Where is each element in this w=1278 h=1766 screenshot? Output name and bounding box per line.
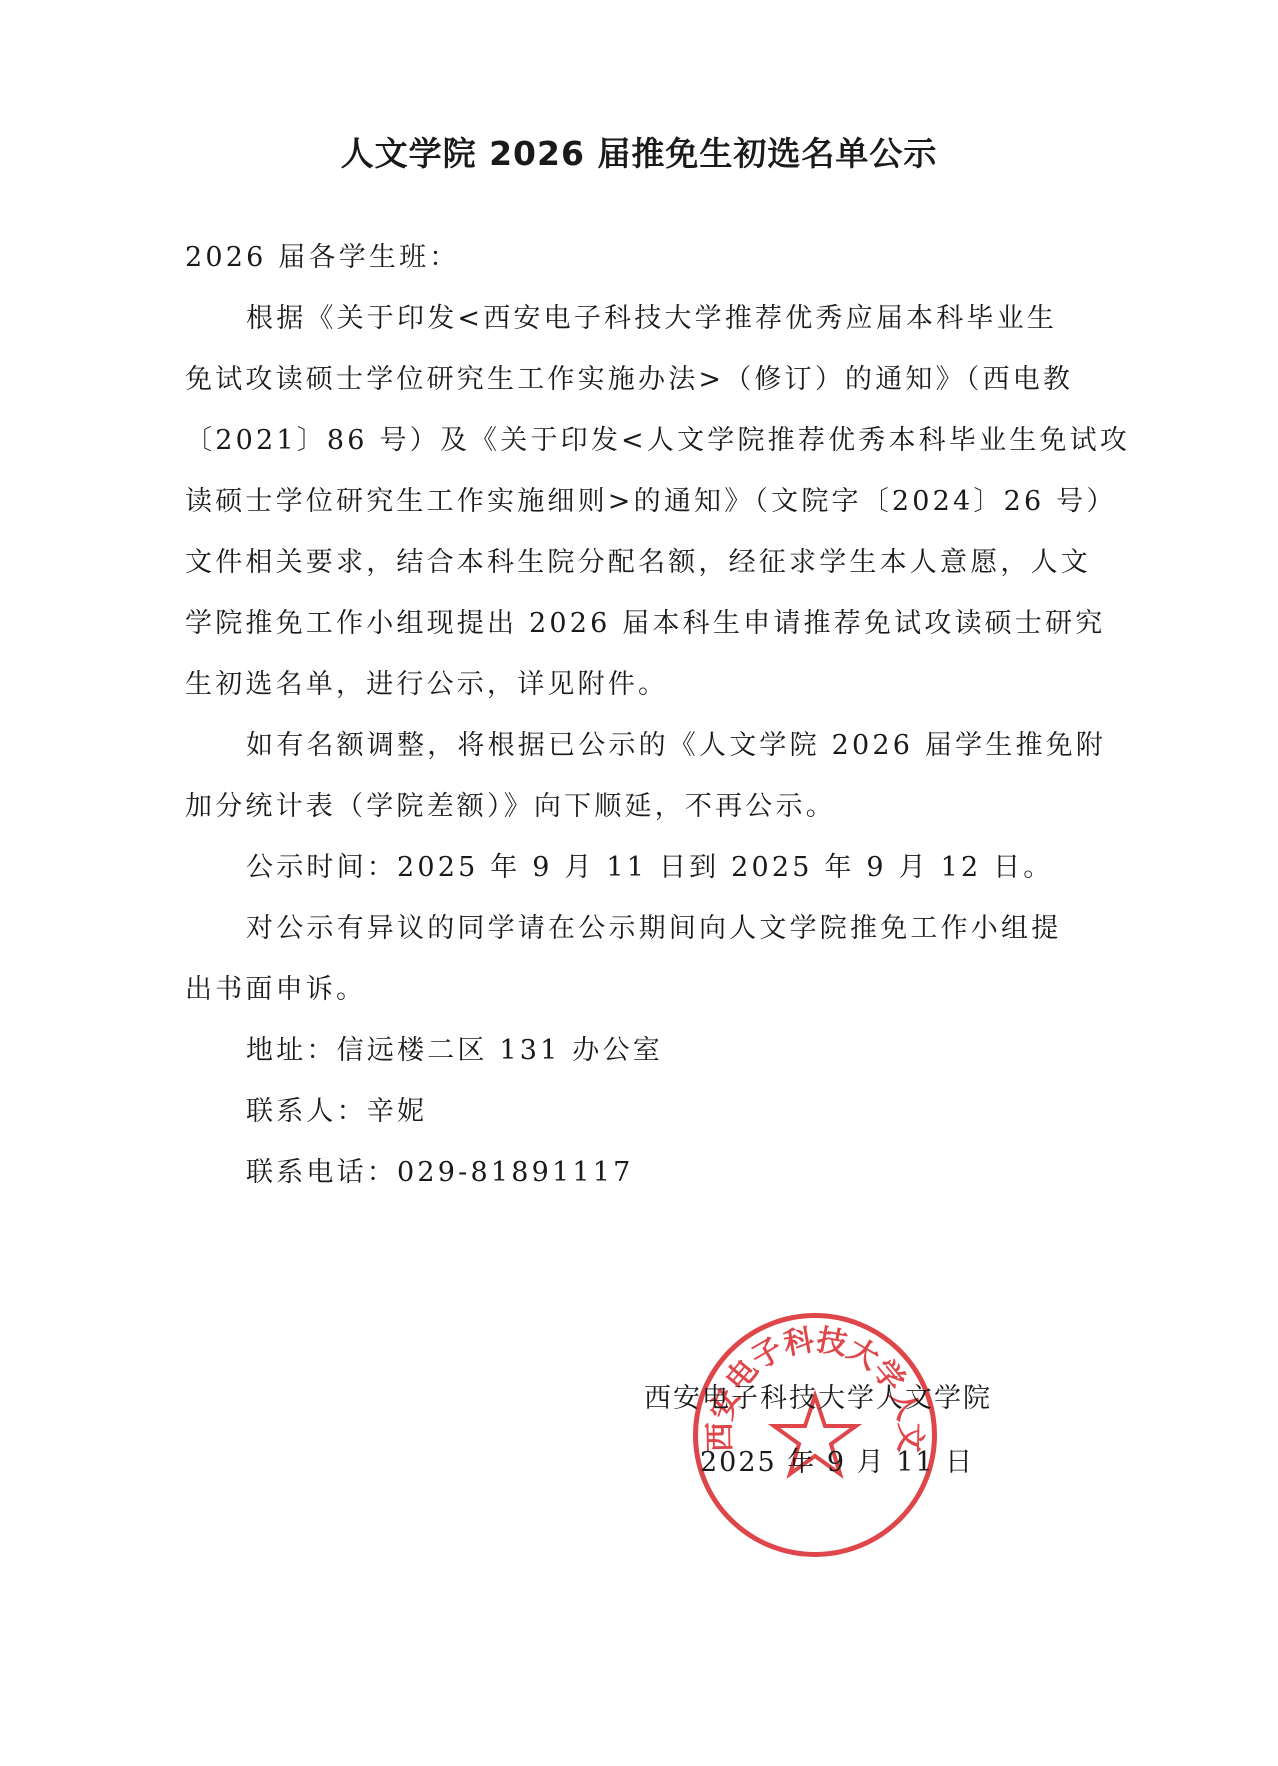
official-seal-stamp: 西安电子科技大学人文学院	[693, 1313, 937, 1557]
objection-line: 对公示有异议的同学请在公示期间向人文学院推免工作小组提	[246, 911, 1061, 947]
seal-star-icon: 西安电子科技大学人文学院	[698, 1318, 932, 1552]
paragraph1-line: 根据《关于印发<西安电子科技大学推荐优秀应届本科毕业生	[246, 301, 1057, 337]
objection-line: 出书面申诉。	[185, 972, 366, 1008]
paragraph1-line: 〔2021〕86 号）及《关于印发<人文学院推荐优秀本科毕业生免试攻	[185, 423, 1130, 459]
contact-phone: 联系电话：029-81891117	[246, 1155, 633, 1191]
paragraph1-line: 读硕士学位研究生工作实施细则>的通知》（文院字〔2024〕26 号）	[185, 484, 1117, 520]
paragraph1-line: 免试攻读硕士学位研究生工作实施办法>（修订）的通知》（西电教	[185, 362, 1073, 398]
signature-org: 西安电子科技大学人文学院	[644, 1376, 992, 1415]
publicity-period: 公示时间：2025 年 9 月 11 日到 2025 年 9 月 12 日。	[246, 850, 1054, 886]
paragraph1-line: 文件相关要求，结合本科生院分配名额，经征求学生本人意愿，人文	[185, 545, 1091, 581]
document-title: 人文学院 2026 届推免生初选名单公示	[0, 128, 1278, 175]
contact-person: 联系人：辛妮	[246, 1094, 427, 1130]
signature-date: 2025 年 9 月 11 日	[700, 1440, 974, 1479]
paragraph2-line: 如有名额调整，将根据已公示的《人文学院 2026 届学生推免附	[246, 728, 1106, 764]
paragraph1-line: 学院推免工作小组现提出 2026 届本科生申请推荐免试攻读硕士研究	[185, 606, 1105, 642]
paragraph1-line: 生初选名单，进行公示，详见附件。	[185, 667, 668, 703]
salutation: 2026 届各学生班：	[185, 240, 460, 276]
paragraph2-line: 加分统计表（学院差额）》向下顺延，不再公示。	[185, 789, 836, 825]
address: 地址：信远楼二区 131 办公室	[246, 1033, 663, 1069]
